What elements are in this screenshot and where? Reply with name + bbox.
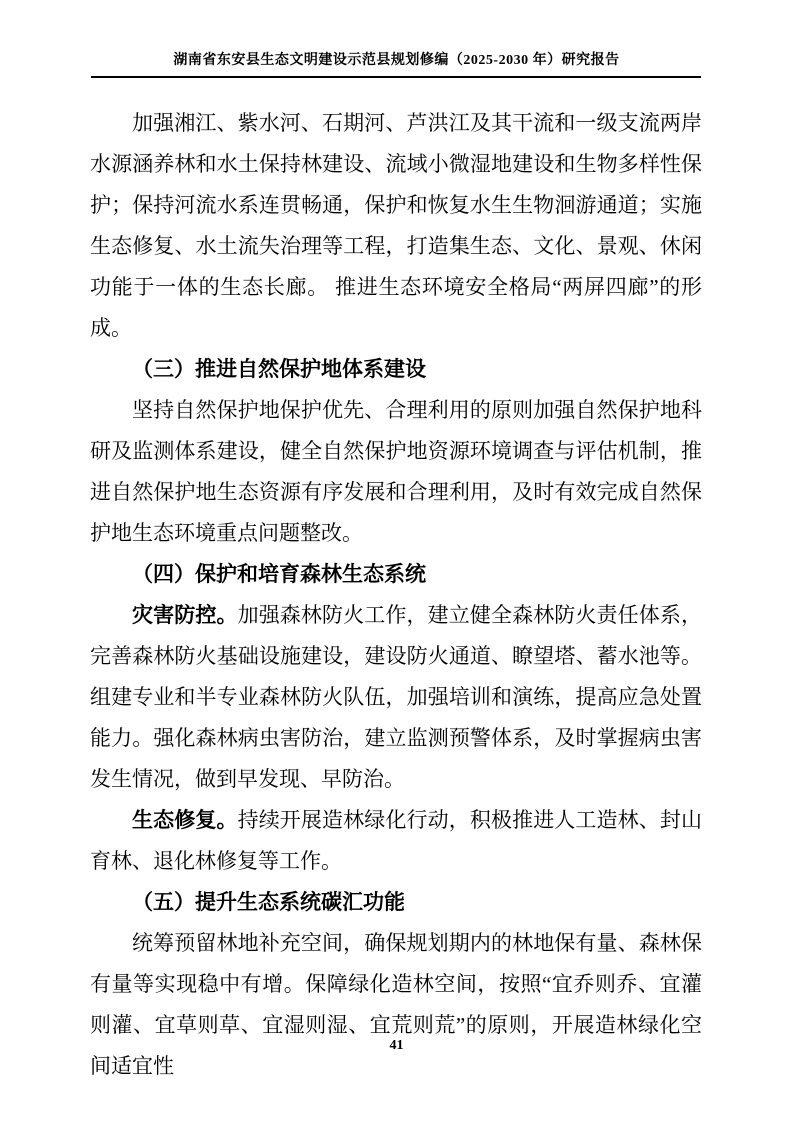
paragraph-carbon-sink: 统筹预留林地补充空间，确保规划期内的林地保有量、森林保有量等实现稳中有增。保障绿… <box>90 923 702 1087</box>
section-heading-5: （五）提升生态系统碳汇功能 <box>90 882 702 923</box>
document-body: 加强湘江、紫水河、石期河、芦洪江及其干流和一级支流两岸水源涵养林和水土保持林建设… <box>90 103 702 1087</box>
header-title: 湖南省东安县生态文明建设示范县规划修编（2025-2030 年）研究报告 <box>0 50 793 72</box>
paragraph-lead-eco-restoration: 生态修复。 <box>132 808 238 832</box>
section-heading-3: （三）推进自然保护地体系建设 <box>90 349 702 390</box>
paragraph-text: 加强湘江、紫水河、石期河、芦洪江及其干流和一级支流两岸水源涵养林和水土保持林建设… <box>90 111 702 340</box>
paragraph-text: 坚持自然保护地保护优先、合理利用的原则加强自然保护地科研及监测体系建设，健全自然… <box>90 398 702 545</box>
header-rule <box>91 76 701 78</box>
document-page: 湖南省东安县生态文明建设示范县规划修编（2025-2030 年）研究报告 加强湘… <box>0 0 793 1122</box>
paragraph-text: 加强森林防火工作，建立健全森林防火责任体系，完善森林防火基础设施建设，建设防火通… <box>90 603 702 791</box>
page-header: 湖南省东安县生态文明建设示范县规划修编（2025-2030 年）研究报告 <box>0 0 793 78</box>
paragraph-eco-restoration: 生态修复。持续开展造林绿化行动，积极推进人工造林、封山育林、退化林修复等工作。 <box>90 800 702 882</box>
section-heading-4: （四）保护和培育森林生态系统 <box>90 554 702 595</box>
paragraph-disaster-control: 灾害防控。加强森林防火工作，建立健全森林防火责任体系，完善森林防火基础设施建设，… <box>90 595 702 800</box>
paragraph-text: 统筹预留林地补充空间，确保规划期内的林地保有量、森林保有量等实现稳中有增。保障绿… <box>90 931 702 1078</box>
page-number: 41 <box>0 1038 793 1054</box>
paragraph-nature-reserve: 坚持自然保护地保护优先、合理利用的原则加强自然保护地科研及监测体系建设，健全自然… <box>90 390 702 554</box>
paragraph-lead-disaster-control: 灾害防控。 <box>132 603 238 627</box>
paragraph-river-protection: 加强湘江、紫水河、石期河、芦洪江及其干流和一级支流两岸水源涵养林和水土保持林建设… <box>90 103 702 349</box>
